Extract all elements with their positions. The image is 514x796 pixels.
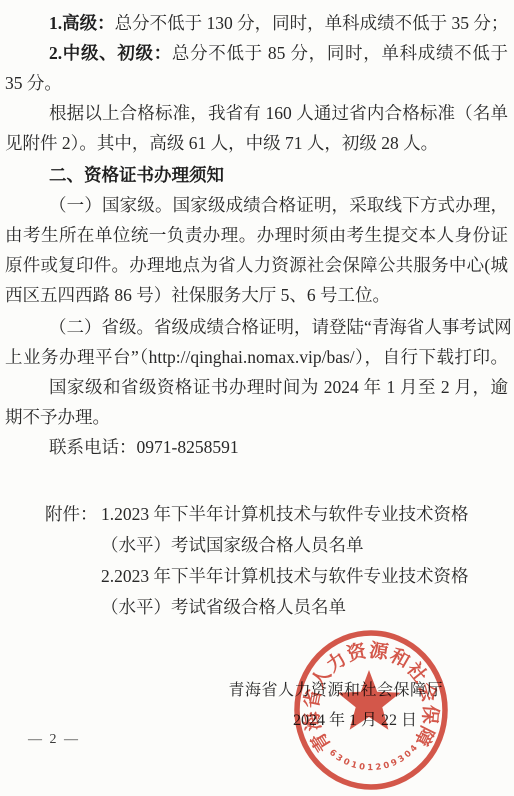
doc-line-bold: 2.中级、初级： [49, 43, 172, 63]
doc-line-bold: 1.高级： [49, 13, 115, 33]
issuing-authority: 青海省人力资源和社会保障厅 [0, 676, 514, 706]
doc-line: 原件或复印件。办理地点为省人力资源社会保障公共服务中心(城 [5, 250, 508, 280]
doc-line-text: 西区五四西路 86 号）社保服务大厅 5、6 号工位。 [5, 285, 390, 305]
doc-line: （二）省级。省级成绩合格证明，请登陆“青海省人事考试网 [5, 312, 508, 342]
attachment-item: 1.2023 年下半年计算机技术与软件专业技术资格 （水平）考试国家级合格人员名… [101, 499, 469, 561]
attachment-line: （水平）考试省级合格人员名单 [101, 592, 469, 623]
attachments-block: 附件： 1.2023 年下半年计算机技术与软件专业技术资格 （水平）考试国家级合… [45, 499, 514, 623]
doc-line-text: 联系电话：0971-8258591 [49, 437, 239, 457]
doc-line: 西区五四西路 86 号）社保服务大厅 5、6 号工位。 [5, 280, 508, 310]
doc-line: （一）国家级。国家级成绩合格证明，采取线下方式办理， [5, 190, 508, 220]
attachments-label: 附件： [45, 499, 101, 623]
doc-line-url: 上业务办理平台”（http://qinghai.nomax.vip/bas/），… [5, 342, 508, 372]
doc-line: 35 分。 [5, 68, 508, 98]
attachment-line: （水平）考试国家级合格人员名单 [101, 530, 469, 561]
attachment-line: 2.2023 年下半年计算机技术与软件专业技术资格 [101, 561, 469, 592]
attachment-line: 1.2023 年下半年计算机技术与软件专业技术资格 [101, 499, 469, 530]
attachments-list: 1.2023 年下半年计算机技术与软件专业技术资格 （水平）考试国家级合格人员名… [101, 499, 469, 623]
doc-line-text: 国家级和省级资格证书办理时间为 2024 年 1 月至 2 月，逾 [49, 377, 508, 397]
doc-line-text: 见附件 2）。其中，高级 61 人，中级 71 人，初级 28 人。 [5, 133, 438, 153]
document-page: 1.高级：总分不低于 130 分，同时，单科成绩不低于 35 分； 2.中级、初… [0, 0, 514, 796]
doc-line-text: （二）省级。省级成绩合格证明，请登陆“青海省人事考试网 [49, 317, 512, 337]
doc-line: 2.中级、初级：总分不低于 85 分，同时，单科成绩不低于 [5, 38, 508, 68]
doc-line-text: 期不予办理。 [5, 407, 110, 427]
doc-line: 见附件 2）。其中，高级 61 人，中级 71 人，初级 28 人。 [5, 128, 508, 158]
doc-line-phone: 联系电话：0971-8258591 [5, 432, 508, 462]
doc-line-text: 由考生所在单位统一负责办理。办理时须由考生提交本人身份证 [5, 225, 508, 245]
page-number: — 2 — [28, 732, 80, 748]
attachment-item: 2.2023 年下半年计算机技术与软件专业技术资格 （水平）考试省级合格人员名单 [101, 561, 469, 623]
document-body: 1.高级：总分不低于 130 分，同时，单科成绩不低于 35 分； 2.中级、初… [0, 0, 514, 462]
doc-line: 根据以上合格标准，我省有 160 人通过省内合格标准（名单 [5, 98, 508, 128]
doc-line: 1.高级：总分不低于 130 分，同时，单科成绩不低于 35 分； [5, 8, 508, 38]
doc-line-text: 总分不低于 130 分，同时，单科成绩不低于 35 分； [115, 13, 509, 33]
doc-line: 期不予办理。 [5, 402, 508, 432]
doc-line: 由考生所在单位统一负责办理。办理时须由考生提交本人身份证 [5, 220, 508, 250]
doc-heading-text: 二、资格证书办理须知 [49, 165, 224, 185]
doc-line-text: 35 分。 [5, 73, 62, 93]
doc-line-text: 总分不低于 85 分，同时，单科成绩不低于 [172, 43, 508, 63]
doc-line: 国家级和省级资格证书办理时间为 2024 年 1 月至 2 月，逾 [5, 372, 508, 402]
doc-line-text: （一）国家级。国家级成绩合格证明，采取线下方式办理， [49, 195, 508, 215]
doc-line-text: 上业务办理平台”（http://qinghai.nomax.vip/bas/），… [5, 347, 508, 367]
doc-section-heading: 二、资格证书办理须知 [5, 160, 508, 190]
doc-line-text: 原件或复印件。办理地点为省人力资源社会保障公共服务中心(城 [5, 255, 508, 275]
doc-line-text: 根据以上合格标准，我省有 160 人通过省内合格标准（名单 [49, 103, 508, 123]
